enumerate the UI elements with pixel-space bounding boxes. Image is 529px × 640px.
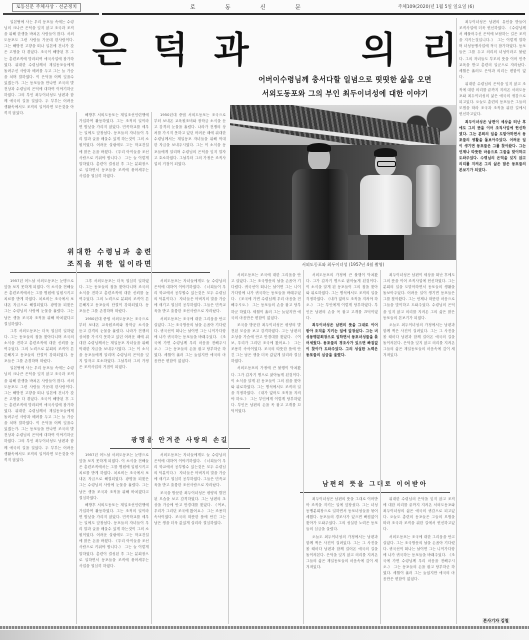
text-column-1-low: 1957년 어느날 서외도동포는 눈병으로 앞을 보지 못하게 되였다. 이 소…: [4, 278, 74, 623]
headline-char: 과: [214, 30, 249, 70]
article-headline: 은 덕 과 의 리: [92, 30, 457, 70]
article-subtitle: 어버이수령님께 충서다할 일념으로 떳떳한 삶을 오면 서외도동포와 그의 부인…: [230, 73, 460, 101]
header-rule: [102, 13, 512, 15]
column-divider: [151, 112, 152, 624]
subtitle-line: 서외도동포와 그의 부인 최두이녀성에 대한 이야기: [230, 87, 460, 101]
footer-rule: [0, 626, 529, 629]
text-column-1-top: 일본땅에 사는 우리 동포들 속에는 수령님의 크나큰 은덕을 잊지 않고 조국…: [4, 19, 74, 244]
text-column-3-bottom: 서외도동포는 자녀들에게도 늘 수령님의 은덕에 대하여 이야기하였다. 《너희…: [154, 452, 226, 624]
title-char: 동: [225, 5, 230, 11]
subheading-underline: [10, 272, 210, 273]
header-rule: [3, 13, 99, 15]
text-column-6-bottom: 위대한 수령님의 은덕을 잊지 않고 조직에 대한 의리를 끝까지 지켜온 서외…: [383, 496, 455, 624]
column-divider: [380, 270, 381, 624]
article-photo: [230, 105, 456, 260]
photo-caption: 서외도동포와 최두이녀성 (1957년 4월 촬영): [230, 262, 456, 268]
column-divider: [456, 18, 457, 624]
masthead: 로동신문 주체사상 · 선군정치 로 동 신 문 주체109(2020)년 1월…: [0, 0, 529, 16]
title-char: 신: [260, 5, 265, 11]
headline-char: 의: [361, 30, 396, 70]
issue-date: 주체109(2020)년 1월 5일 일요일 (6): [398, 4, 474, 10]
column-divider: [228, 270, 229, 624]
headline-char: 리: [422, 30, 457, 70]
text-column-7: 최두이녀성은 남편의 유언을 받들어 조직사업에 더욱 헌신하였다. 《수령님께…: [459, 19, 526, 624]
subheading-3: 남편의 뜻을 그대로 이어받아: [300, 480, 450, 493]
footer-strip: [0, 630, 529, 640]
headline-char: 덕: [153, 30, 188, 70]
subheading-underline: [110, 448, 250, 449]
text-column-2-low: 그후 서외도동포는 더욱 열심히 일하였다. 그는 동포들의 집을 찾아다니며 …: [79, 278, 149, 428]
text-column-5-bottom: 최두이녀성은 남편의 뜻을 그대로 이어받아 조직을 지키는 일에 앞장섰다. …: [306, 496, 378, 624]
text-column-6: 최두이녀성은 남편이 세상을 떠난 후에도 그의 뜻을 이어 조직사업에 헌신하…: [383, 272, 455, 477]
text-column-3-low: 서외도동포는 자녀들에게도 늘 수령님의 은덕에 대하여 이야기하였다. 《너희…: [154, 278, 226, 428]
title-char: 문: [295, 5, 300, 11]
text-column-2-top: 해방후 서외도동포는 재일조선인련맹에 가입하여 활동하였다. 그는 조직의 일…: [79, 112, 149, 242]
masthead-section-label: 로동신문 주체사상 · 선군정치: [12, 3, 81, 12]
subtitle-line: 어버이수령님께 충서다할 일념으로 떳떳한 삶을 오면: [230, 73, 460, 87]
text-column-5: 서외도동포의 가정에 큰 불행이 닥쳐왔다. 그가 갑자기 병으로 앓아눕게 된…: [306, 272, 378, 477]
headline-char: 은: [92, 30, 127, 70]
text-column-2-bottom: 1957년 어느날 서외도동포는 눈병으로 앞을 보지 못하게 되였다. 이 소…: [79, 452, 149, 624]
header-rule: [480, 13, 525, 15]
newspaper-page: 로동신문 주체사상 · 선군정치 로 동 신 문 주체109(2020)년 1월…: [0, 0, 529, 640]
text-column-3-top: 1950년대 중엽 서외도동포는 조국으로부터 보내온 교육원조비와 장학금 소…: [154, 112, 226, 242]
title-char: 로: [190, 5, 195, 11]
subheading-underline: [300, 492, 450, 493]
subheading-1: 위대한 수령님과 총련 조직을 위한 일이라면: [10, 246, 210, 273]
person-woman: [358, 151, 414, 260]
byline: 본사기자 김철: [482, 618, 510, 624]
person-man: [290, 145, 350, 260]
glasses-icon: [377, 161, 396, 167]
headline-gap: [275, 30, 335, 70]
column-divider: [76, 112, 77, 624]
subheading-2: 광명을 안겨준 사랑의 손길: [110, 436, 250, 449]
newspaper-title: 로 동 신 문: [190, 3, 329, 11]
column-divider: [303, 270, 304, 624]
